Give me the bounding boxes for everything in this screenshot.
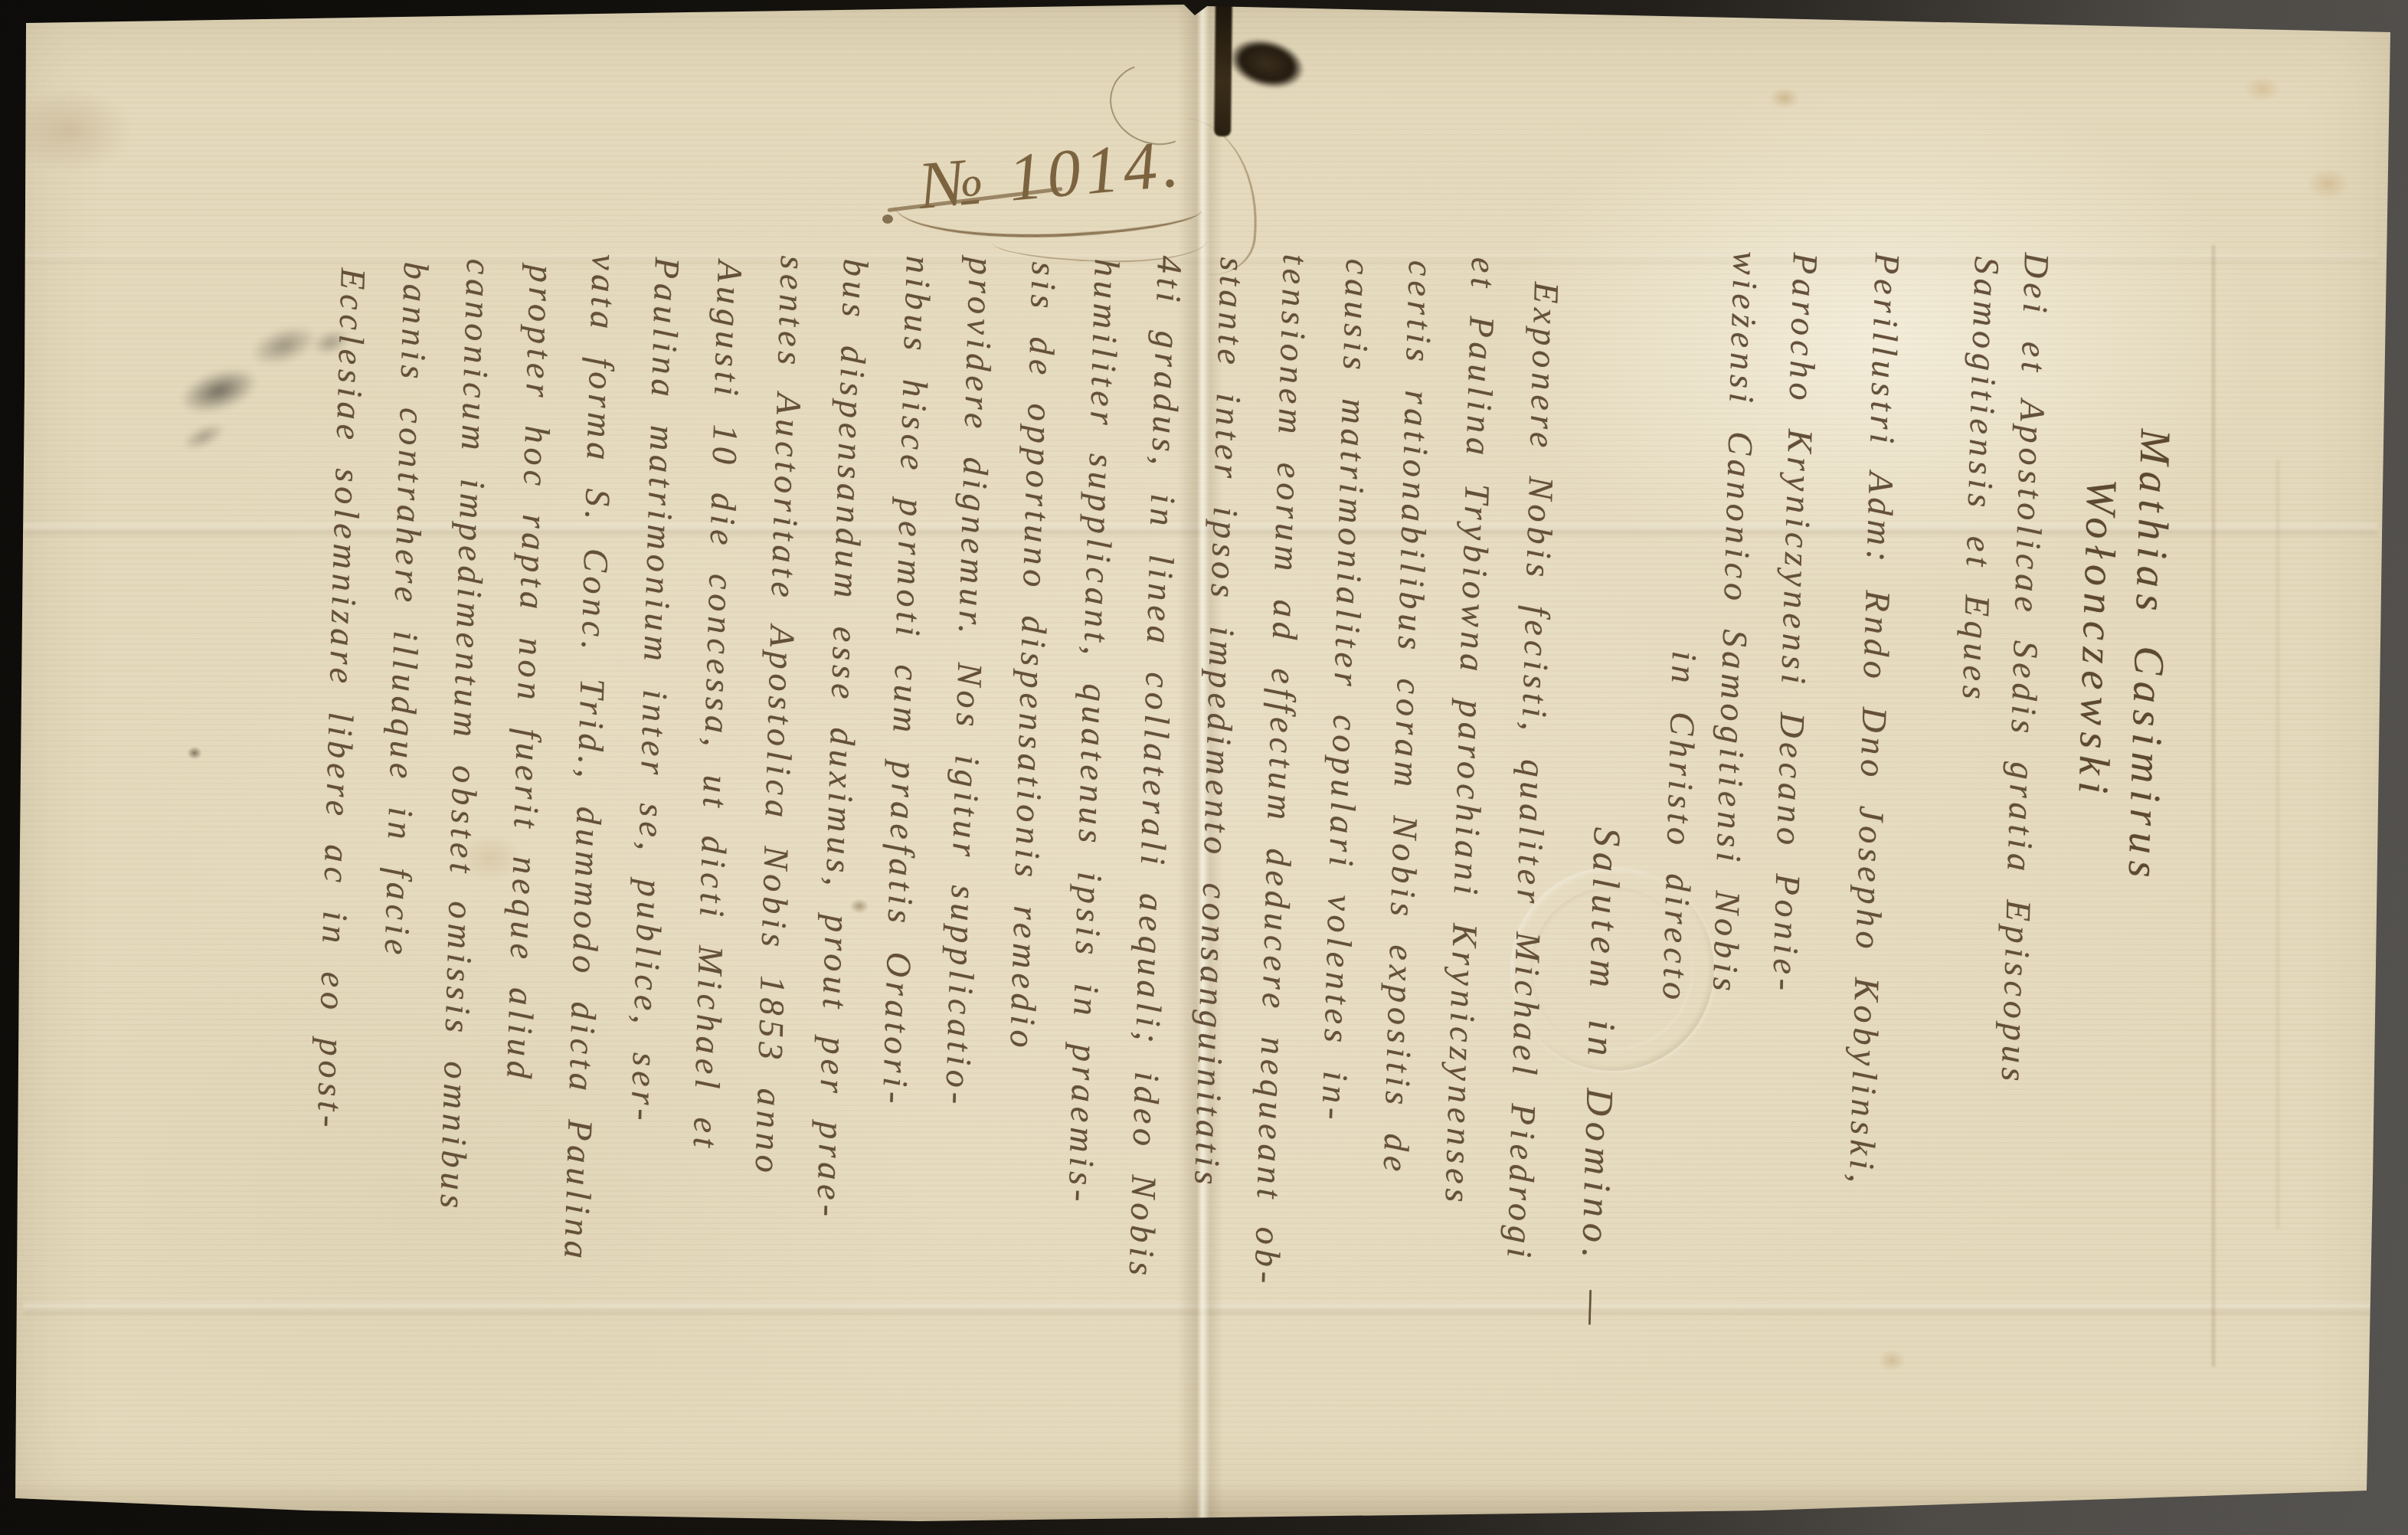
binding-thread (1214, 0, 1232, 136)
manuscript-line: et Paulina Trybiowna parochiani Kryniczy… (1437, 257, 1504, 1207)
manuscript-line: Mathias Casimirus (2118, 428, 2180, 885)
manuscript-line: canonicum impedimentum obstet omissis om… (432, 258, 499, 1213)
manuscript-line: Paulina matrimonium inter se, publice, s… (623, 257, 688, 1125)
manuscript-line: Augusti 10 die concessa, ut dicti Michae… (685, 260, 751, 1152)
right-side-crease-2 (2276, 460, 2279, 1229)
manuscript-line: Salutem in Domino. — (1572, 826, 1630, 1331)
manuscript-line: Samogitiensis et Eques (1955, 256, 2007, 704)
manuscript-line: Ecclesiae solemnizare libere ac in eo po… (309, 267, 374, 1132)
manuscript-line: causis matrimonialiter copulari volentes… (1314, 258, 1379, 1124)
manuscript-line: Parocho Kryniczynensi Decano Ponie- (1765, 252, 1826, 996)
right-side-crease (2212, 245, 2215, 1366)
manuscript-line: sis de opportuno dispensationis remedio (1002, 261, 1065, 1052)
manuscript-line: stante inter ipsos impedimento consangui… (1186, 257, 1253, 1190)
manuscript-line: bannis contrahere illudque in facie (377, 261, 437, 960)
manuscript-line: certis rationabilibus coram Nobis exposi… (1376, 260, 1441, 1177)
manuscript-line: bus dispensandum esse duximus, prout per… (809, 258, 876, 1222)
manuscript-line: wieżensi Canonico Samogitiensi Nobis (1705, 250, 1766, 996)
manuscript-line: propter hoc rapta non fuerit neque aliud (499, 264, 562, 1084)
manuscript-line: tensionem eorum ad effectum deducere neq… (1246, 254, 1316, 1288)
manuscript-line: humiliter supplicant, quatenus ipsis in … (1060, 258, 1127, 1206)
manuscript-line: sentes Auctoritate Apostolica Nobis 1853… (747, 255, 813, 1177)
letter-sheet: № 1014. Mathias CasimirusWołonczewskiDei… (0, 0, 2408, 1535)
photo-backdrop: № 1014. Mathias CasimirusWołonczewskiDei… (0, 0, 2408, 1535)
manuscript-line: in Christo directo (1654, 650, 1705, 1005)
manuscript-line: Perillustri Adm: Rndo Dno Josepho Kobyli… (1841, 252, 1908, 1188)
manuscript-line: Wołonczewski (2068, 478, 2126, 801)
manuscript-text: Mathias CasimirusWołonczewskiDei et Apos… (234, 115, 2180, 1486)
manuscript-line: Exponere Nobis fecisti, qualiter Michael… (1499, 281, 1567, 1262)
manuscript-line: 4ti gradus, in linea collaterali aequali… (1121, 255, 1190, 1281)
manuscript-line: vata forma S. Conc. Trid., dummodo dicta… (556, 254, 625, 1263)
manuscript-line: providere dignemur. Nos igitur supplicat… (937, 257, 1002, 1109)
manuscript-line: nibus hisce permoti cum praefatis Orator… (875, 255, 939, 1108)
